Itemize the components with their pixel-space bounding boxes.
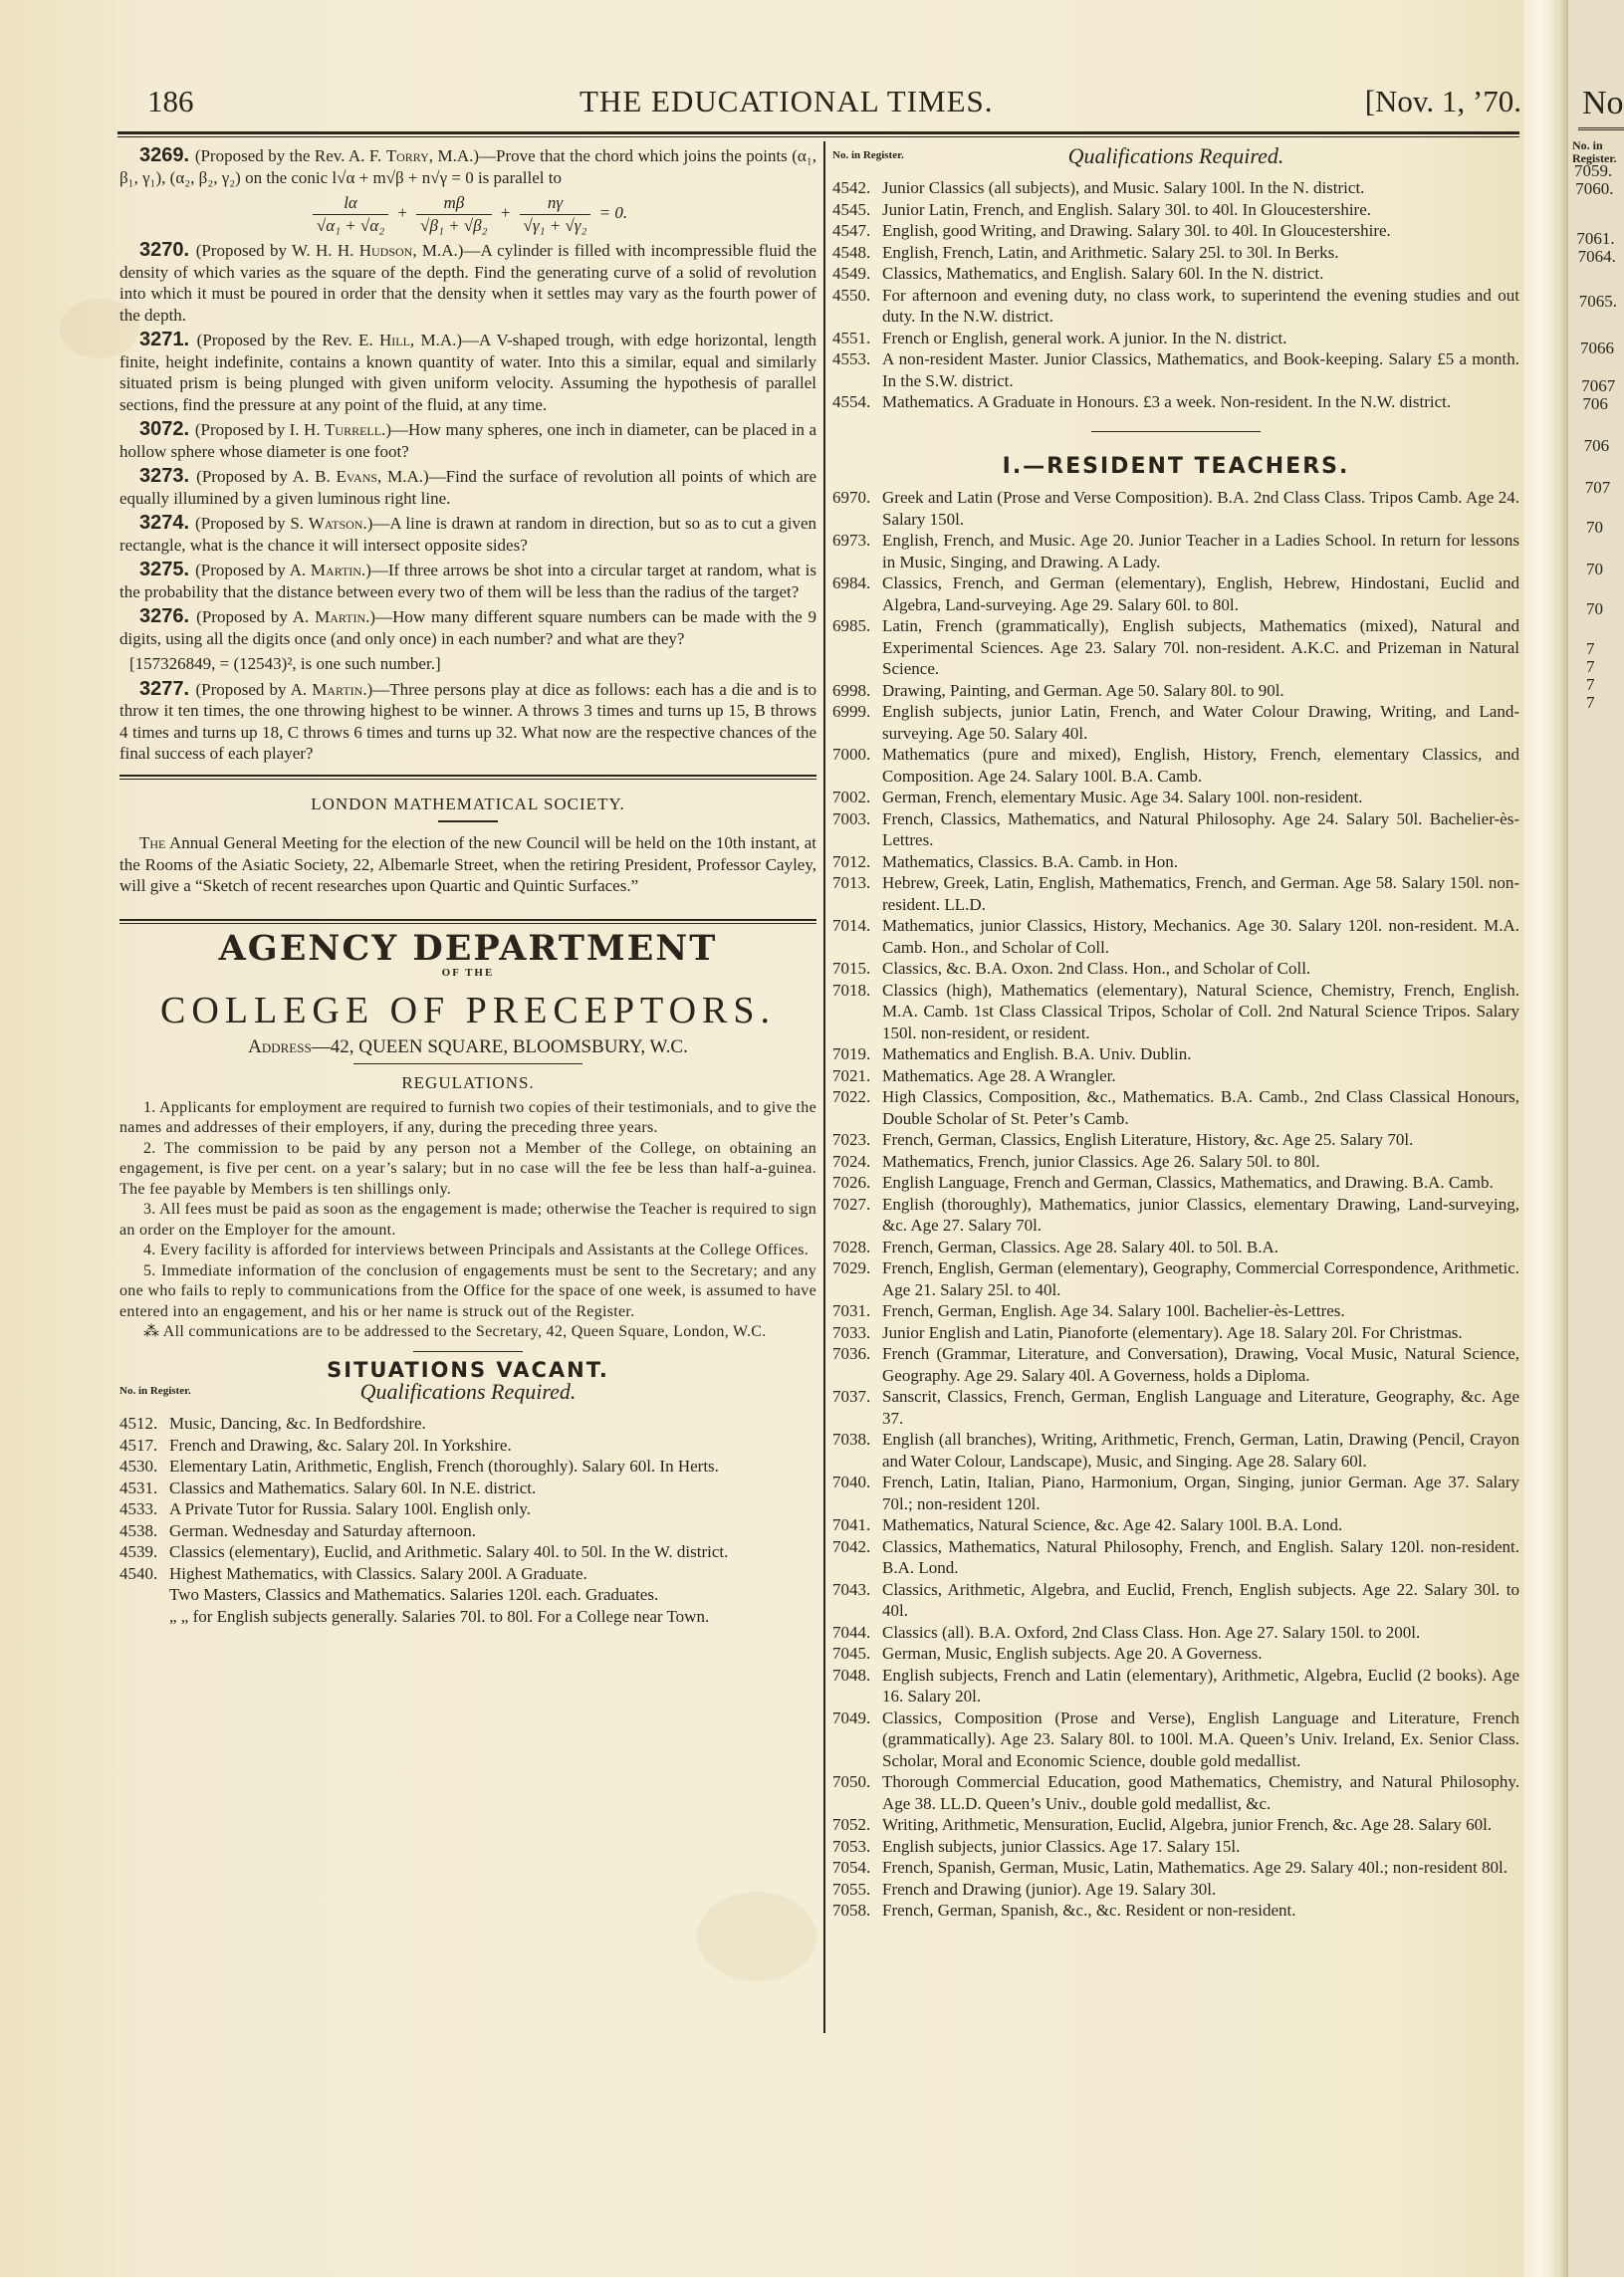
register-number: 4551. xyxy=(832,328,882,349)
register-text: Classics (elementary), Euclid, and Arith… xyxy=(169,1541,816,1563)
register-text: Music, Dancing, &c. In Bedfordshire. xyxy=(169,1413,816,1435)
register-number: 7003. xyxy=(832,808,882,851)
register-text: French, English, German (elementary), Ge… xyxy=(882,1257,1519,1300)
next-page-register-number: 706 xyxy=(1584,436,1610,456)
register-entry: 7027.English (thoroughly), Mathematics, … xyxy=(832,1194,1519,1237)
register-text: Elementary Latin, Arithmetic, English, F… xyxy=(169,1456,816,1478)
register-number: 7015. xyxy=(832,958,882,980)
register-entry: 7054.French, Spanish, German, Music, Lat… xyxy=(832,1857,1519,1879)
register-number: 7018. xyxy=(832,980,882,1044)
register-number: 7026. xyxy=(832,1172,882,1194)
problem-formula: lα√α₁ + √α₂ + mβ√β₁ + √β₂ + nγ√γ₁ + √γ₂ … xyxy=(119,192,816,236)
register-number: 4542. xyxy=(832,177,882,199)
problem-number: 3271. xyxy=(139,329,197,350)
register-number: 4540. xyxy=(119,1563,169,1585)
register-text: German. Wednesday and Saturday afternoon… xyxy=(169,1520,816,1542)
register-text: Mathematics, junior Classics, History, M… xyxy=(882,915,1519,958)
register-number: 4550. xyxy=(832,285,882,328)
short-rule xyxy=(1091,431,1261,432)
register-entry: 4549.Classics, Mathematics, and English.… xyxy=(832,263,1519,285)
problem-proposer-name: Martin xyxy=(311,561,361,579)
register-number: 7058. xyxy=(832,1900,882,1922)
register-number: 7014. xyxy=(832,915,882,958)
register-entry: 7055.French and Drawing (junior). Age 19… xyxy=(832,1879,1519,1901)
next-page-register-number: 70 xyxy=(1586,599,1603,619)
register-entry: 7058.French, German, Spanish, &c., &c. R… xyxy=(832,1900,1519,1922)
next-page-register-number: 707 xyxy=(1585,478,1611,498)
register-text: French, German, English. Age 34. Salary … xyxy=(882,1300,1519,1322)
problem: 3274. (Proposed by S. Watson.)—A line is… xyxy=(119,513,816,556)
register-number: 6984. xyxy=(832,572,882,615)
problem: 3270. (Proposed by W. H. H. Hudson, M.A.… xyxy=(119,240,816,326)
register-text: Mathematics, Natural Science, &c. Age 42… xyxy=(882,1514,1519,1536)
register-entry: 7040.French, Latin, Italian, Piano, Harm… xyxy=(832,1472,1519,1514)
register-number: 7028. xyxy=(832,1237,882,1258)
problem-proposer-name: Torry xyxy=(386,146,429,165)
register-entry: 4539.Classics (elementary), Euclid, and … xyxy=(119,1541,816,1563)
register-entry: 4531.Classics and Mathematics. Salary 60… xyxy=(119,1478,816,1499)
fraction: lα√α₁ + √α₂ xyxy=(313,192,388,236)
register-entry: 4530.Elementary Latin, Arithmetic, Engli… xyxy=(119,1456,816,1478)
next-page-register-number: 7 xyxy=(1586,639,1595,659)
regulation-item: ⁂ All communications are to be addressed… xyxy=(119,1322,816,1343)
register-number: 7054. xyxy=(832,1857,882,1879)
register-entry: 7041.Mathematics, Natural Science, &c. A… xyxy=(832,1514,1519,1536)
register-entry: 7042.Classics, Mathematics, Natural Phil… xyxy=(832,1536,1519,1579)
short-rule xyxy=(438,820,498,822)
register-text: English (all branches), Writing, Arithme… xyxy=(882,1429,1519,1472)
register-entry: 4547.English, good Writing, and Drawing.… xyxy=(832,220,1519,242)
regulation-item: 1. Applicants for employment are require… xyxy=(119,1098,816,1139)
agency-title: AGENCY DEPARTMENT xyxy=(119,938,816,960)
register-entry: 7037.Sanscrit, Classics, French, German,… xyxy=(832,1386,1519,1429)
register-text: Classics, Mathematics, and English. Sala… xyxy=(882,263,1519,285)
register-entry: 6970.Greek and Latin (Prose and Verse Co… xyxy=(832,487,1519,530)
problem-proposer-name: Hudson xyxy=(359,241,413,260)
qualifications-heading: Qualifications Required. xyxy=(119,1381,816,1403)
register-number: 7024. xyxy=(832,1151,882,1173)
problem-number: 3276. xyxy=(139,605,196,627)
register-entry: 7003.French, Classics, Mathematics, and … xyxy=(832,808,1519,851)
register-text: French, Spanish, German, Music, Latin, M… xyxy=(882,1857,1519,1879)
problem-proposer-suffix: .) xyxy=(362,514,372,533)
register-entry: 7024.Mathematics, French, junior Classic… xyxy=(832,1151,1519,1173)
next-page-title-fragment: No xyxy=(1582,85,1624,122)
problem-proposer: (Proposed by the Rev. A. F. xyxy=(195,146,386,165)
problem: 3275. (Proposed by A. Martin.)—If three … xyxy=(119,560,816,602)
register-number: 7023. xyxy=(832,1129,882,1151)
next-page-register-number: 70 xyxy=(1586,560,1603,579)
register-text: English (thoroughly), Mathematics, junio… xyxy=(882,1194,1519,1237)
register-text: Junior English and Latin, Pianoforte (el… xyxy=(882,1322,1519,1344)
register-entry: 7019.Mathematics and English. B.A. Univ.… xyxy=(832,1043,1519,1065)
lms-notice: The Annual General Meeting for the elect… xyxy=(119,832,816,897)
register-number: 7031. xyxy=(832,1300,882,1322)
plus-sign: + xyxy=(496,203,516,222)
register-number: 7019. xyxy=(832,1043,882,1065)
register-entry: 6999.English subjects, junior Latin, Fre… xyxy=(832,701,1519,744)
regulations-title: REGULATIONS. xyxy=(119,1072,816,1094)
resident-teachers-title: I.—RESIDENT TEACHERS. xyxy=(832,456,1519,478)
register-entry: 7048.English subjects, French and Latin … xyxy=(832,1665,1519,1708)
problem-number: 3269. xyxy=(139,144,195,166)
fraction-denominator: √α₁ + √α₂ xyxy=(313,215,388,237)
problem-proposer-name: Martin xyxy=(315,607,365,626)
lms-body: Annual General Meeting for the election … xyxy=(119,833,816,895)
register-text: German, Music, English subjects. Age 20.… xyxy=(882,1643,1519,1665)
next-page-register-number: 7 xyxy=(1586,675,1595,695)
register-text: Classics, Arithmetic, Algebra, and Eucli… xyxy=(882,1579,1519,1622)
problem-proposer-name: Evans xyxy=(337,467,378,486)
problem-note: [157326849, = (12543)², is one such numb… xyxy=(119,653,816,675)
problem-proposer-suffix: , M.A.) xyxy=(410,331,462,349)
fraction-numerator: nγ xyxy=(520,192,591,215)
register-entry: 7043.Classics, Arithmetic, Algebra, and … xyxy=(832,1579,1519,1622)
vacancy-extra: Two Masters, Classics and Mathematics. S… xyxy=(119,1584,816,1627)
lms-title: LONDON MATHEMATICAL SOCIETY. xyxy=(119,794,816,815)
register-text: Classics (all). B.A. Oxford, 2nd Class C… xyxy=(882,1622,1519,1644)
next-page-register-number: 7064. xyxy=(1578,247,1616,267)
register-number: 7045. xyxy=(832,1643,882,1665)
paper-stain xyxy=(697,1892,816,1981)
register-number: 6985. xyxy=(832,615,882,680)
register-text: Mathematics. Age 28. A Wrangler. xyxy=(882,1065,1519,1087)
fraction: mβ√β₁ + √β₂ xyxy=(416,192,491,236)
register-entry: 7036.French (Grammar, Literature, and Co… xyxy=(832,1343,1519,1386)
register-text: English Language, French and German, Cla… xyxy=(882,1172,1519,1194)
register-number: 4553. xyxy=(832,348,882,391)
register-text: High Classics, Composition, &c., Mathema… xyxy=(882,1086,1519,1129)
problem-proposer: (Proposed by A. B. xyxy=(196,467,336,486)
register-number: 4545. xyxy=(832,199,882,221)
next-page-register-number: 7066 xyxy=(1580,339,1614,358)
register-entry: 6984.Classics, French, and German (eleme… xyxy=(832,572,1519,615)
register-number: 7022. xyxy=(832,1086,882,1129)
column-divider xyxy=(823,141,825,2033)
header-rule-thin xyxy=(117,136,1519,137)
register-entry: 7029.French, English, German (elementary… xyxy=(832,1257,1519,1300)
register-text: Thorough Commercial Education, good Math… xyxy=(882,1771,1519,1814)
vacancy-extra-line: Two Masters, Classics and Mathematics. S… xyxy=(119,1584,816,1606)
register-number: 7044. xyxy=(832,1622,882,1644)
register-number: 7037. xyxy=(832,1386,882,1429)
register-text: Classics, Composition (Prose and Verse),… xyxy=(882,1708,1519,1772)
register-entry: 7018.Classics (high), Mathematics (eleme… xyxy=(832,980,1519,1044)
register-entry: 4512.Music, Dancing, &c. In Bedfordshire… xyxy=(119,1413,816,1435)
plus-sign: + xyxy=(392,203,412,222)
register-entry: 7015.Classics, &c. B.A. Oxon. 2nd Class.… xyxy=(832,958,1519,980)
register-entry: 4553.A non-resident Master. Junior Class… xyxy=(832,348,1519,391)
register-number: 7002. xyxy=(832,787,882,808)
section-rule xyxy=(119,919,816,924)
register-text: Classics (high), Mathematics (elementary… xyxy=(882,980,1519,1044)
register-number: 7048. xyxy=(832,1665,882,1708)
register-text: English, French, and Music. Age 20. Juni… xyxy=(882,530,1519,572)
register-number: 7040. xyxy=(832,1472,882,1514)
register-entry: 4538.German. Wednesday and Saturday afte… xyxy=(119,1520,816,1542)
vacancy-extra-line: „ „ for English subjects generally. Sala… xyxy=(119,1606,816,1628)
problem-proposer-suffix: .) xyxy=(381,420,391,439)
register-text: English subjects, junior Latin, French, … xyxy=(882,701,1519,744)
register-entry: 4554.Mathematics. A Graduate in Honours.… xyxy=(832,391,1519,413)
fraction-numerator: mβ xyxy=(416,192,491,215)
register-entry: 7031.French, German, English. Age 34. Sa… xyxy=(832,1300,1519,1322)
problem-number: 3270. xyxy=(139,239,196,261)
register-entry: 4548.English, French, Latin, and Arithme… xyxy=(832,242,1519,264)
register-entry: 7028.French, German, Classics. Age 28. S… xyxy=(832,1237,1519,1258)
register-text: Mathematics, French, junior Classics. Ag… xyxy=(882,1151,1519,1173)
register-text: Junior Classics (all subjects), and Musi… xyxy=(882,177,1519,199)
problem-number: 3072. xyxy=(139,418,195,440)
regulation-item: 5. Immediate information of the conclusi… xyxy=(119,1261,816,1323)
left-column: 3269. (Proposed by the Rev. A. F. Torry,… xyxy=(119,145,816,1627)
register-entry: 7052.Writing, Arithmetic, Mensuration, E… xyxy=(832,1814,1519,1836)
register-entry: 7013.Hebrew, Greek, Latin, English, Math… xyxy=(832,872,1519,915)
register-entry: 7000.Mathematics (pure and mixed), Engli… xyxy=(832,744,1519,787)
problem: 3271. (Proposed by the Rev. E. Hill, M.A… xyxy=(119,330,816,415)
address-text: —42, QUEEN SQUARE, BLOOMSBURY, W.C. xyxy=(312,1036,688,1057)
problem: 3276. (Proposed by A. Martin.)—How many … xyxy=(119,606,816,649)
problem-proposer-suffix: .) xyxy=(361,561,371,579)
register-number: 7053. xyxy=(832,1836,882,1858)
next-page-register-number: 7065. xyxy=(1579,292,1617,312)
register-text: Latin, French (grammatically), English s… xyxy=(882,615,1519,680)
register-text: Classics, Mathematics, Natural Philosoph… xyxy=(882,1536,1519,1579)
next-page-rule xyxy=(1578,127,1624,130)
register-entry: 7044.Classics (all). B.A. Oxford, 2nd Cl… xyxy=(832,1622,1519,1644)
register-text: Sanscrit, Classics, French, German, Engl… xyxy=(882,1386,1519,1429)
register-entry: 7050.Thorough Commercial Education, good… xyxy=(832,1771,1519,1814)
college-address: Address—42, QUEEN SQUARE, BLOOMSBURY, W.… xyxy=(119,1036,816,1058)
resident-teachers-list: 6970.Greek and Latin (Prose and Verse Co… xyxy=(832,487,1519,1922)
register-text: For afternoon and evening duty, no class… xyxy=(882,285,1519,328)
problem: 3072. (Proposed by I. H. Turrell.)—How m… xyxy=(119,419,816,462)
register-entry: 6998.Drawing, Painting, and German. Age … xyxy=(832,680,1519,702)
register-number: 4531. xyxy=(119,1478,169,1499)
register-number: 7029. xyxy=(832,1257,882,1300)
issue-date: [Nov. 1, ’70. xyxy=(1365,84,1521,119)
register-number: 4554. xyxy=(832,391,882,413)
register-number: 7052. xyxy=(832,1814,882,1836)
register-text: French and Drawing (junior). Age 19. Sal… xyxy=(882,1879,1519,1901)
register-text: French, German, Classics, English Litera… xyxy=(882,1129,1519,1151)
problem-number: 3275. xyxy=(139,559,195,580)
register-text: Greek and Latin (Prose and Verse Composi… xyxy=(882,487,1519,530)
problem-proposer-suffix: .) xyxy=(362,680,372,699)
next-page-register-number: 7060. xyxy=(1575,179,1613,199)
register-text: French, German, Classics. Age 28. Salary… xyxy=(882,1237,1519,1258)
problem-number: 3277. xyxy=(139,678,195,700)
short-rule xyxy=(353,1063,582,1064)
problem-proposer: (Proposed by the Rev. E. xyxy=(197,331,379,349)
register-entry: 4545.Junior Latin, French, and English. … xyxy=(832,199,1519,221)
problem-proposer-suffix: , M.A.) xyxy=(429,146,479,165)
problem-proposer-suffix: , M.A.) xyxy=(412,241,463,260)
register-number: 7000. xyxy=(832,744,882,787)
register-entry: 7022.High Classics, Composition, &c., Ma… xyxy=(832,1086,1519,1129)
register-text: Mathematics and English. B.A. Univ. Dubl… xyxy=(882,1043,1519,1065)
register-entry: 6973.English, French, and Music. Age 20.… xyxy=(832,530,1519,572)
register-number: 7027. xyxy=(832,1194,882,1237)
register-text: French or English, general work. A junio… xyxy=(882,328,1519,349)
register-number: 7055. xyxy=(832,1879,882,1901)
qualifications-header: No. in Register. Qualifications Required… xyxy=(832,145,1519,177)
problem-proposer-name: Hill xyxy=(379,331,410,349)
page-gutter-fold xyxy=(1523,0,1568,2277)
register-text: French, Classics, Mathematics, and Natur… xyxy=(882,808,1519,851)
qualifications-header: No. in Register. Qualifications Required… xyxy=(119,1381,816,1413)
register-number: 7012. xyxy=(832,851,882,873)
register-text: Classics, French, and German (elementary… xyxy=(882,572,1519,615)
register-text: A Private Tutor for Russia. Salary 100l.… xyxy=(169,1498,816,1520)
register-text: A non-resident Master. Junior Classics, … xyxy=(882,348,1519,391)
register-number: 7042. xyxy=(832,1536,882,1579)
newspaper-page: 186 THE EDUCATIONAL TIMES. [Nov. 1, ’70.… xyxy=(0,0,1553,2277)
section-rule xyxy=(119,775,816,780)
short-rule xyxy=(413,1351,523,1352)
register-entry: 7002.German, French, elementary Music. A… xyxy=(832,787,1519,808)
register-text: French, Latin, Italian, Piano, Harmonium… xyxy=(882,1472,1519,1514)
register-text: Drawing, Painting, and German. Age 50. S… xyxy=(882,680,1519,702)
problem-proposer: (Proposed by A. xyxy=(195,561,311,579)
next-page-register-number: 7 xyxy=(1586,693,1595,713)
register-number: 4530. xyxy=(119,1456,169,1478)
register-text: French, German, Spanish, &c., &c. Reside… xyxy=(882,1900,1519,1922)
right-column: No. in Register. Qualifications Required… xyxy=(832,145,1519,1922)
register-entry: 7053.English subjects, junior Classics. … xyxy=(832,1836,1519,1858)
qualifications-heading: Qualifications Required. xyxy=(832,145,1519,167)
register-number: 7033. xyxy=(832,1322,882,1344)
problem-proposer-name: Watson xyxy=(309,514,363,533)
problem: 3269. (Proposed by the Rev. A. F. Torry,… xyxy=(119,145,816,188)
problem-proposer: (Proposed by S. xyxy=(195,514,309,533)
register-number: 6998. xyxy=(832,680,882,702)
register-number: 7038. xyxy=(832,1429,882,1472)
register-number: 7013. xyxy=(832,872,882,915)
next-page-register-number: 7067 xyxy=(1581,376,1615,396)
register-text: Hebrew, Greek, Latin, English, Mathemati… xyxy=(882,872,1519,915)
register-number: 7050. xyxy=(832,1771,882,1814)
register-number: 7036. xyxy=(832,1343,882,1386)
register-text: Writing, Arithmetic, Mensuration, Euclid… xyxy=(882,1814,1519,1836)
fraction: nγ√γ₁ + √γ₂ xyxy=(520,192,591,236)
register-number: 7049. xyxy=(832,1708,882,1772)
problem-proposer-suffix: , M.A.) xyxy=(377,467,429,486)
register-entry: 4517.French and Drawing, &c. Salary 20l.… xyxy=(119,1435,816,1457)
lms-lead: The xyxy=(139,833,165,852)
next-page-register-number: 7 xyxy=(1586,657,1595,677)
register-text: Mathematics, Classics. B.A. Camb. in Hon… xyxy=(882,851,1519,873)
next-page-register-number: 7061. xyxy=(1576,229,1614,249)
register-text: Mathematics (pure and mixed), English, H… xyxy=(882,744,1519,787)
register-text: French and Drawing, &c. Salary 20l. In Y… xyxy=(169,1435,816,1457)
register-number: 4512. xyxy=(119,1413,169,1435)
register-text: Highest Mathematics, with Classics. Sala… xyxy=(169,1563,816,1585)
fraction-denominator: √β₁ + √β₂ xyxy=(416,215,491,237)
next-page-register-number: 706 xyxy=(1582,394,1608,414)
register-entry: 4540.Highest Mathematics, with Classics.… xyxy=(119,1563,816,1585)
regulation-item: 2. The commission to be paid by any pers… xyxy=(119,1139,816,1201)
register-number: 7043. xyxy=(832,1579,882,1622)
address-label: Address xyxy=(248,1036,312,1057)
register-entry: 7012.Mathematics, Classics. B.A. Camb. i… xyxy=(832,851,1519,873)
regulations-list: 1. Applicants for employment are require… xyxy=(119,1098,816,1343)
register-number: 6999. xyxy=(832,701,882,744)
vacancy-list: 4512.Music, Dancing, &c. In Bedfordshire… xyxy=(119,1413,816,1584)
fraction-denominator: √γ₁ + √γ₂ xyxy=(520,215,591,237)
register-number: 4547. xyxy=(832,220,882,242)
register-text: English, good Writing, and Drawing. Sala… xyxy=(882,220,1519,242)
register-entry: 4533.A Private Tutor for Russia. Salary … xyxy=(119,1498,816,1520)
problem: 3277. (Proposed by A. Martin.)—Three per… xyxy=(119,679,816,765)
problem-number: 3274. xyxy=(139,512,195,534)
problem-proposer: (Proposed by A. xyxy=(195,680,312,699)
page-header: 186 THE EDUCATIONAL TIMES. [Nov. 1, ’70. xyxy=(147,84,1521,123)
problem-proposer-name: Turrell xyxy=(325,420,381,439)
register-text: Classics and Mathematics. Salary 60l. In… xyxy=(169,1478,816,1499)
register-number: 6973. xyxy=(832,530,882,572)
register-number: 6970. xyxy=(832,487,882,530)
vacancy-list-continued: 4542.Junior Classics (all subjects), and… xyxy=(832,177,1519,413)
page-number: 186 xyxy=(147,84,194,119)
register-number: 7021. xyxy=(832,1065,882,1087)
problem-proposer-suffix: .) xyxy=(365,607,375,626)
regulation-item: 3. All fees must be paid as soon as the … xyxy=(119,1200,816,1241)
register-text: Junior Latin, French, and English. Salar… xyxy=(882,199,1519,221)
register-entry: 7049.Classics, Composition (Prose and Ve… xyxy=(832,1708,1519,1772)
header-rule xyxy=(117,131,1519,134)
register-entry: 4551.French or English, general work. A … xyxy=(832,328,1519,349)
problem-proposer-name: Martin xyxy=(312,680,362,699)
register-number: 4539. xyxy=(119,1541,169,1563)
register-text: Classics, &c. B.A. Oxon. 2nd Class. Hon.… xyxy=(882,958,1519,980)
register-text: English, French, Latin, and Arithmetic. … xyxy=(882,242,1519,264)
register-entry: 7045.German, Music, English subjects. Ag… xyxy=(832,1643,1519,1665)
register-entry: 4542.Junior Classics (all subjects), and… xyxy=(832,177,1519,199)
regulation-item: 4. Every facility is afforded for interv… xyxy=(119,1241,816,1261)
problem-number: 3273. xyxy=(139,465,196,487)
register-entry: 4550.For afternoon and evening duty, no … xyxy=(832,285,1519,328)
problems-list: 3269. (Proposed by the Rev. A. F. Torry,… xyxy=(119,145,816,765)
register-number: 4549. xyxy=(832,263,882,285)
register-text: French (Grammar, Literature, and Convers… xyxy=(882,1343,1519,1386)
register-number: 4517. xyxy=(119,1435,169,1457)
next-page-register-number: 7059. xyxy=(1574,161,1612,181)
register-number: 4548. xyxy=(832,242,882,264)
situations-vacant-title: SITUATIONS VACANT. xyxy=(119,1360,816,1382)
register-text: English subjects, junior Classics. Age 1… xyxy=(882,1836,1519,1858)
formula-result: = 0. xyxy=(594,203,627,222)
college-title: COLLEGE OF PRECEPTORS. xyxy=(119,989,816,1032)
next-page-register-number: 70 xyxy=(1586,518,1603,538)
problem-proposer: (Proposed by A. xyxy=(196,607,315,626)
register-entry: 6985.Latin, French (grammatically), Engl… xyxy=(832,615,1519,680)
register-number: 7041. xyxy=(832,1514,882,1536)
register-number: 4533. xyxy=(119,1498,169,1520)
problem: 3273. (Proposed by A. B. Evans, M.A.)—Fi… xyxy=(119,466,816,509)
register-number: 4538. xyxy=(119,1520,169,1542)
register-text: English subjects, French and Latin (elem… xyxy=(882,1665,1519,1708)
fraction-numerator: lα xyxy=(313,192,388,215)
register-entry: 7033.Junior English and Latin, Pianofort… xyxy=(832,1322,1519,1344)
register-entry: 7021.Mathematics. Age 28. A Wrangler. xyxy=(832,1065,1519,1087)
register-entry: 7026.English Language, French and German… xyxy=(832,1172,1519,1194)
register-entry: 7023.French, German, Classics, English L… xyxy=(832,1129,1519,1151)
register-text: Mathematics. A Graduate in Honours. £3 a… xyxy=(882,391,1519,413)
problem-proposer: (Proposed by I. H. xyxy=(195,420,325,439)
next-page-edge: No No. in Register. 7059.7060.7061.7064.… xyxy=(1568,0,1624,2277)
problem-proposer: (Proposed by W. H. H. xyxy=(196,241,359,260)
